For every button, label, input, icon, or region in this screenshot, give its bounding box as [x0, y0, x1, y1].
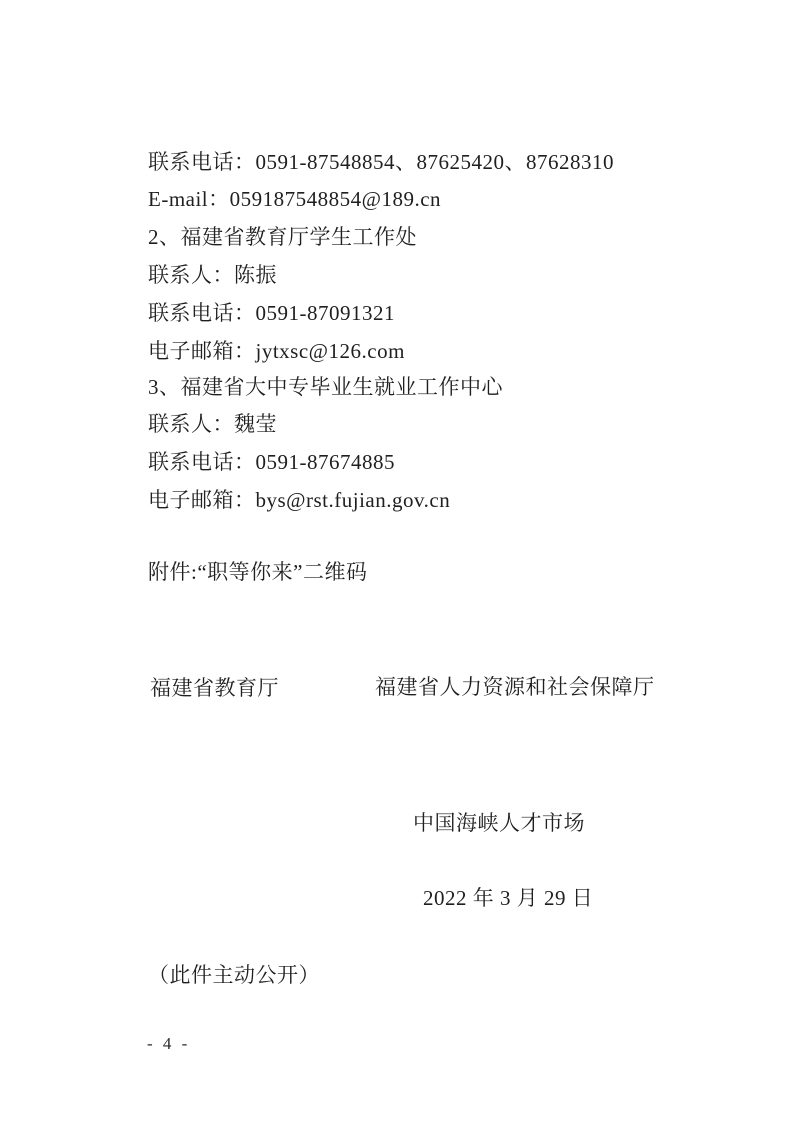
attachment-note: 附件:“职等你来”二维码 [148, 560, 367, 584]
org-3-heading: 3、福建省大中专毕业生就业工作中心 [148, 375, 503, 399]
issuer-hr-social-security-dept: 福建省人力资源和社会保障厅 [375, 675, 655, 699]
contact-email-line: 电子邮箱：jytxsc@126.com [148, 339, 405, 363]
document-date: 2022 年 3 月 29 日 [423, 886, 593, 910]
page-number: - 4 - [147, 1034, 190, 1054]
disclosure-note: （此件主动公开） [148, 963, 320, 987]
contact-email-line: E-mail：059187548854@189.cn [148, 187, 441, 211]
contact-person-line: 联系人：魏莹 [148, 412, 277, 436]
org-2-heading: 2、福建省教育厅学生工作处 [148, 225, 417, 249]
issuer-education-dept: 福建省教育厅 [150, 676, 279, 700]
contact-email-line: 电子邮箱：bys@rst.fujian.gov.cn [148, 488, 450, 512]
issuer-talent-market: 中国海峡人才市场 [413, 811, 585, 835]
document-page: 联系电话：0591-87548854、87625420、87628310 E-m… [0, 0, 793, 1122]
contact-phone-line: 联系电话：0591-87548854、87625420、87628310 [148, 150, 614, 174]
contact-phone-line: 联系电话：0591-87091321 [148, 301, 395, 325]
contact-person-line: 联系人：陈振 [148, 263, 277, 287]
contact-phone-line: 联系电话：0591-87674885 [148, 450, 395, 474]
